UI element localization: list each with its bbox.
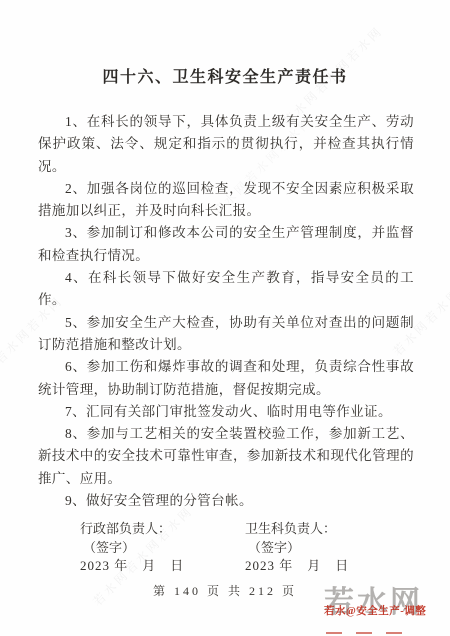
signature-block: 行政部负责人： （签字） 2023 年 月 日 卫生科负责人： （签字） 202… bbox=[80, 520, 450, 576]
signature-left: 行政部负责人： （签字） 2023 年 月 日 bbox=[80, 520, 245, 576]
paragraph-8: 8、参加与工艺相关的安全装置校验工作，参加新工艺、新技术中的安全技术可靠性审查，… bbox=[38, 423, 414, 490]
paragraph-4: 4、在科长领导下做好安全生产教育，指导安全员的工作。 bbox=[38, 267, 414, 312]
site-logo-overlay-watermark: 若水@安全生产-调整 bbox=[324, 603, 442, 618]
document-body: 1、在科长的领导下，具体负责上级有关安全生产、劳动保护政策、法令、规定和指示的贯… bbox=[38, 111, 414, 512]
signature-right-role: 卫生科负责人： bbox=[245, 520, 410, 539]
paragraph-1: 1、在科长的领导下，具体负责上级有关安全生产、劳动保护政策、法令、规定和指示的贯… bbox=[38, 111, 414, 178]
paragraph-6: 6、参加工伤和爆炸事故的调查和处理，负责综合性事故统计管理，协助制订防范措施，督… bbox=[38, 356, 414, 401]
paragraph-7: 7、汇同有关部门审批签发动火、临时用电等作业证。 bbox=[38, 401, 414, 423]
logo-dash-icon bbox=[386, 632, 402, 634]
signature-right-date: 2023 年 月 日 bbox=[245, 557, 410, 576]
paragraph-5: 5、参加安全生产大检查，协助有关单位对查出的问题制订防范措施和整改计划。 bbox=[38, 312, 414, 357]
page-title: 四十六、卫生科安全生产责任书 bbox=[0, 0, 450, 87]
signature-right: 卫生科负责人： （签字） 2023 年 月 日 bbox=[245, 520, 410, 576]
signature-left-role: 行政部负责人： bbox=[80, 520, 245, 539]
signature-left-sign: （签字） bbox=[80, 539, 245, 558]
paragraph-9: 9、做好安全管理的分管台帐。 bbox=[38, 490, 414, 512]
logo-underline-marks bbox=[326, 632, 402, 634]
paragraph-3: 3、参加制订和修改本公司的安全生产管理制度，并监督和检查执行情况。 bbox=[38, 222, 414, 267]
paragraph-2: 2、加强各岗位的巡回检查，发现不安全因素应积极采取措施加以纠正，并及时向科长汇报… bbox=[38, 178, 414, 223]
document-page: 若水网若水网若水网 若水网若水网若水网 若水网若水网若水网 若水网若水网若水网 … bbox=[0, 0, 450, 636]
logo-dash-icon bbox=[326, 632, 342, 634]
signature-left-date: 2023 年 月 日 bbox=[80, 557, 245, 576]
signature-right-sign: （签字） bbox=[245, 539, 410, 558]
page-number: 第 140 页 共 212 页 bbox=[0, 582, 450, 599]
logo-dash-icon bbox=[356, 632, 372, 634]
